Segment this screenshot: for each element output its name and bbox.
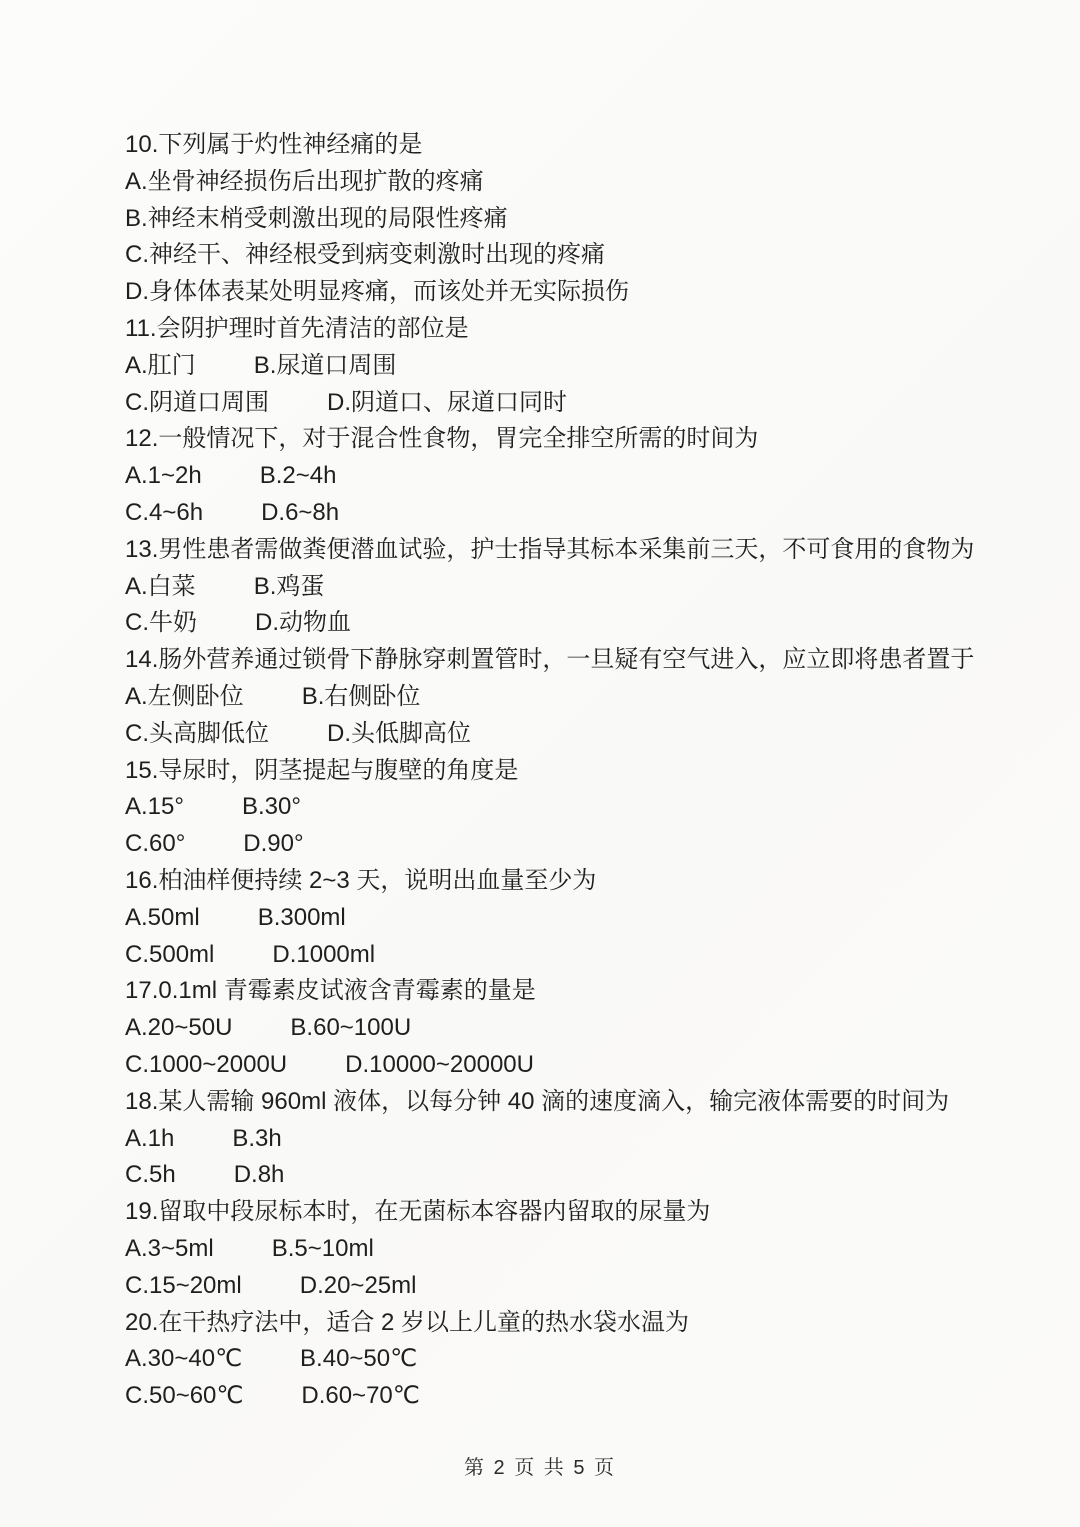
answer-option: A.左侧卧位 (125, 679, 244, 716)
option-line: C.阴道口周围D.阴道口、尿道口同时 (125, 385, 1040, 422)
option-line: C.1000~2000UD.10000~20000U (125, 1047, 1040, 1084)
answer-option: B.右侧卧位 (302, 679, 421, 716)
option-line: A.肛门B.尿道口周围 (125, 348, 1040, 385)
question-block: 18.某人需输 960ml 液体，以每分钟 40 滴的速度滴入，输完液体需要的时… (125, 1084, 1040, 1194)
answer-option: C.神经干、神经根受到病变刺激时出现的疼痛 (125, 237, 605, 274)
answer-option: B.尿道口周围 (254, 348, 397, 385)
answer-option: C.60° (125, 826, 185, 863)
option-line: A.白菜B.鸡蛋 (125, 569, 1040, 606)
question-stem: 12.一般情况下，对于混合性食物，胃完全排空所需的时间为 (125, 421, 1040, 458)
answer-option: C.1000~2000U (125, 1047, 287, 1084)
answer-option: B.30° (242, 789, 301, 826)
answer-option: B.5~10ml (272, 1231, 374, 1268)
answer-option: A.50ml (125, 900, 200, 937)
question-block: 15.导尿时，阴茎提起与腹壁的角度是A.15°B.30°C.60°D.90° (125, 753, 1040, 863)
option-line: A.坐骨神经损伤后出现扩散的疼痛 (125, 164, 1040, 201)
question-stem: 19.留取中段尿标本时，在无菌标本容器内留取的尿量为 (125, 1194, 1040, 1231)
option-line: C.60°D.90° (125, 826, 1040, 863)
answer-option: C.15~20ml (125, 1268, 242, 1305)
option-line: C.50~60℃D.60~70℃ (125, 1378, 1040, 1415)
answer-option: C.阴道口周围 (125, 385, 269, 422)
option-line: C.15~20mlD.20~25ml (125, 1268, 1040, 1305)
answer-option: B.2~4h (260, 458, 337, 495)
question-block: 12.一般情况下，对于混合性食物，胃完全排空所需的时间为A.1~2hB.2~4h… (125, 421, 1040, 531)
question-block: 20.在干热疗法中，适合 2 岁以上儿童的热水袋水温为A.30~40℃B.40~… (125, 1305, 1040, 1415)
answer-option: B.神经末梢受刺激出现的局限性疼痛 (125, 201, 508, 238)
answer-option: C.500ml (125, 937, 214, 974)
answer-option: D.8h (234, 1157, 285, 1194)
option-line: C.500mlD.1000ml (125, 937, 1040, 974)
option-line: A.1hB.3h (125, 1121, 1040, 1158)
answer-option: A.30~40℃ (125, 1341, 242, 1378)
question-block: 17.0.1ml 青霉素皮试液含青霉素的量是A.20~50UB.60~100UC… (125, 973, 1040, 1083)
answer-option: B.40~50℃ (300, 1341, 417, 1378)
option-line: C.神经干、神经根受到病变刺激时出现的疼痛 (125, 237, 1040, 274)
answer-option: A.1h (125, 1121, 174, 1158)
answer-option: A.15° (125, 789, 184, 826)
question-block: 11.会阴护理时首先清洁的部位是A.肛门B.尿道口周围C.阴道口周围D.阴道口、… (125, 311, 1040, 421)
answer-option: C.头高脚低位 (125, 716, 269, 753)
question-block: 14.肠外营养通过锁骨下静脉穿刺置管时，一旦疑有空气进入，应立即将患者置于A.左… (125, 642, 1040, 752)
option-line: A.20~50UB.60~100U (125, 1010, 1040, 1047)
option-line: A.左侧卧位B.右侧卧位 (125, 679, 1040, 716)
question-stem: 20.在干热疗法中，适合 2 岁以上儿童的热水袋水温为 (125, 1305, 1040, 1342)
question-list: 10.下列属于灼性神经痛的是A.坐骨神经损伤后出现扩散的疼痛B.神经末梢受刺激出… (125, 127, 1040, 1415)
answer-option: A.肛门 (125, 348, 196, 385)
answer-option: C.50~60℃ (125, 1378, 243, 1415)
option-line: A.3~5mlB.5~10ml (125, 1231, 1040, 1268)
answer-option: D.6~8h (261, 495, 339, 532)
answer-option: D.10000~20000U (345, 1047, 534, 1084)
option-line: A.30~40℃B.40~50℃ (125, 1341, 1040, 1378)
answer-option: A.白菜 (125, 569, 196, 606)
option-line: C.4~6hD.6~8h (125, 495, 1040, 532)
option-line: B.神经末梢受刺激出现的局限性疼痛 (125, 201, 1040, 238)
option-line: A.15°B.30° (125, 789, 1040, 826)
answer-option: C.5h (125, 1157, 176, 1194)
option-line: D.身体体表某处明显疼痛，而该处并无实际损伤 (125, 274, 1040, 311)
question-stem: 10.下列属于灼性神经痛的是 (125, 127, 1040, 164)
question-stem: 17.0.1ml 青霉素皮试液含青霉素的量是 (125, 973, 1040, 1010)
option-line: A.50mlB.300ml (125, 900, 1040, 937)
answer-option: D.动物血 (255, 605, 351, 642)
answer-option: B.3h (232, 1121, 281, 1158)
question-block: 16.柏油样便持续 2~3 天，说明出血量至少为A.50mlB.300mlC.5… (125, 863, 1040, 973)
answer-option: D.60~70℃ (301, 1378, 419, 1415)
answer-option: D.20~25ml (300, 1268, 417, 1305)
question-block: 19.留取中段尿标本时，在无菌标本容器内留取的尿量为A.3~5mlB.5~10m… (125, 1194, 1040, 1304)
answer-option: B.鸡蛋 (254, 569, 325, 606)
answer-option: C.牛奶 (125, 605, 197, 642)
option-line: C.牛奶D.动物血 (125, 605, 1040, 642)
question-stem: 13.男性患者需做粪便潜血试验，护士指导其标本采集前三天，不可食用的食物为 (125, 532, 1040, 569)
answer-option: B.300ml (258, 900, 346, 937)
answer-option: D.阴道口、尿道口同时 (327, 385, 567, 422)
option-line: C.5hD.8h (125, 1157, 1040, 1194)
answer-option: A.1~2h (125, 458, 202, 495)
page-number-footer: 第 2 页 共 5 页 (0, 1451, 1080, 1480)
answer-option: D.头低脚高位 (327, 716, 471, 753)
answer-option: A.20~50U (125, 1010, 232, 1047)
question-stem: 14.肠外营养通过锁骨下静脉穿刺置管时，一旦疑有空气进入，应立即将患者置于 (125, 642, 1040, 679)
answer-option: C.4~6h (125, 495, 203, 532)
answer-option: B.60~100U (290, 1010, 411, 1047)
answer-option: A.3~5ml (125, 1231, 214, 1268)
answer-option: D.身体体表某处明显疼痛，而该处并无实际损伤 (125, 274, 629, 311)
answer-option: D.1000ml (272, 937, 375, 974)
question-stem: 16.柏油样便持续 2~3 天，说明出血量至少为 (125, 863, 1040, 900)
option-line: C.头高脚低位D.头低脚高位 (125, 716, 1040, 753)
question-stem: 15.导尿时，阴茎提起与腹壁的角度是 (125, 753, 1040, 790)
exam-page: 10.下列属于灼性神经痛的是A.坐骨神经损伤后出现扩散的疼痛B.神经末梢受刺激出… (0, 0, 1080, 1527)
question-stem: 18.某人需输 960ml 液体，以每分钟 40 滴的速度滴入，输完液体需要的时… (125, 1084, 1040, 1121)
answer-option: D.90° (243, 826, 303, 863)
question-block: 13.男性患者需做粪便潜血试验，护士指导其标本采集前三天，不可食用的食物为A.白… (125, 532, 1040, 642)
option-line: A.1~2hB.2~4h (125, 458, 1040, 495)
question-block: 10.下列属于灼性神经痛的是A.坐骨神经损伤后出现扩散的疼痛B.神经末梢受刺激出… (125, 127, 1040, 311)
question-stem: 11.会阴护理时首先清洁的部位是 (125, 311, 1040, 348)
answer-option: A.坐骨神经损伤后出现扩散的疼痛 (125, 164, 484, 201)
